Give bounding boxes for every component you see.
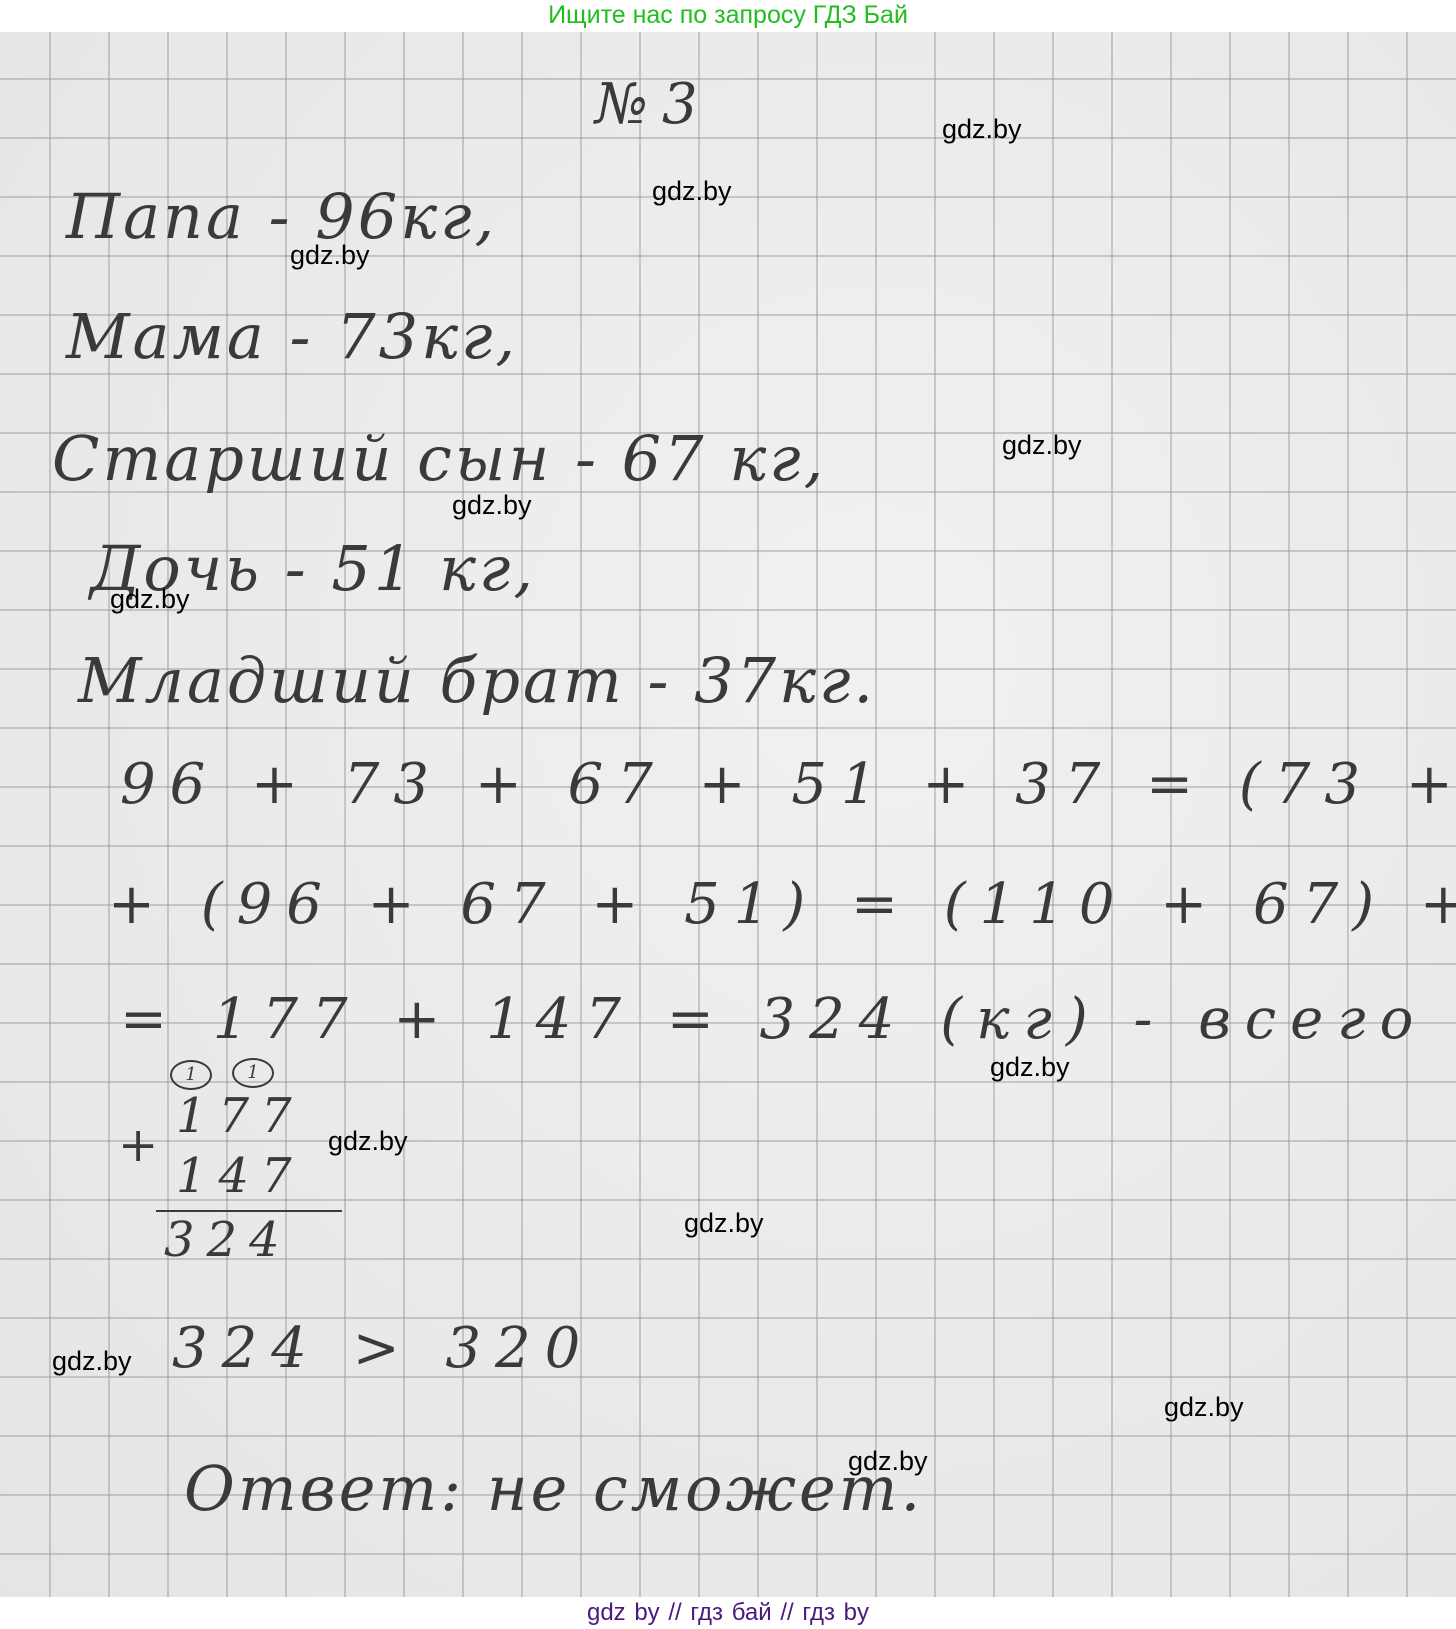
addend-2: 147 (176, 1148, 304, 1204)
watermark: gdz.by (942, 114, 1022, 145)
given-line-older-son: Старший сын - 67 кг, (52, 422, 826, 495)
answer: Ответ: не сможет. (184, 1452, 923, 1525)
watermark: gdz.by (452, 490, 532, 521)
site-footer-banner: gdz by // гдз бай // гдз by (0, 1597, 1456, 1629)
watermark: gdz.by (848, 1446, 928, 1477)
given-line-younger-brother: Младший брат - 37кг. (78, 644, 876, 717)
problem-number: №3 (595, 72, 712, 137)
solution-line-2: + (96 + 67 + 51) = (110 + 67) + (96 + 51… (108, 872, 1456, 937)
watermark: gdz.by (328, 1126, 408, 1157)
given-line-mama: Мама - 73кг, (66, 300, 518, 373)
comparison: 324 > 320 (172, 1316, 594, 1381)
addend-1: 177 (176, 1088, 304, 1144)
carry-digit: 1 (232, 1058, 274, 1088)
solution-line-1: 96 + 73 + 67 + 51 + 37 = (73 + 37) + (120, 752, 1456, 817)
plus-operator: + (118, 1117, 170, 1173)
watermark: gdz.by (990, 1052, 1070, 1083)
search-hint-banner: Ищите нас по запросу ГДЗ Бай (0, 0, 1456, 32)
notebook-page: №3 Папа - 96кг, Мама - 73кг, Старший сын… (0, 32, 1456, 1597)
given-line-papa: Папа - 96кг, (66, 180, 497, 253)
watermark: gdz.by (652, 176, 732, 207)
carry-digit: 1 (170, 1060, 212, 1090)
watermark: gdz.by (52, 1346, 132, 1377)
watermark: gdz.by (110, 584, 190, 615)
watermark: gdz.by (1164, 1392, 1244, 1423)
solution-line-3: = 177 + 147 = 324 (кг) - всего (120, 987, 1427, 1052)
watermark: gdz.by (1002, 430, 1082, 461)
watermark: gdz.by (684, 1208, 764, 1239)
watermark: gdz.by (290, 240, 370, 271)
sum-result: 324 (164, 1212, 292, 1268)
